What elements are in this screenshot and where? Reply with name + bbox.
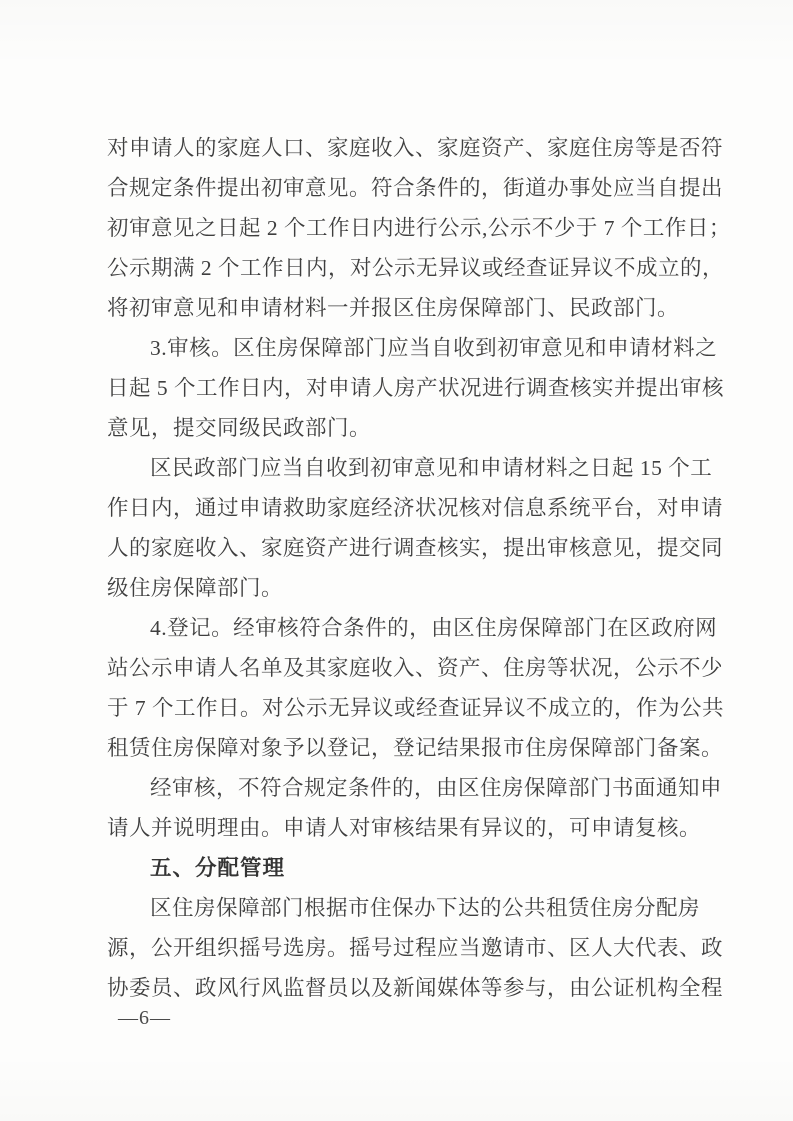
text-line: 人的家庭收入、家庭资产进行调查核实，提出审核意见，提交同 xyxy=(107,528,719,568)
text-line: 区住房保障部门根据市住保办下达的公共租赁住房分配房 xyxy=(107,888,719,928)
text-line: 3.审核。区住房保障部门应当自收到初审意见和申请材料之 xyxy=(107,328,719,368)
text-line: 站公示申请人名单及其家庭收入、资产、住房等状况，公示不少 xyxy=(107,648,719,688)
text-line: 公示期满 2 个工作日内，对公示无异议或经查证异议不成立的， xyxy=(107,248,719,288)
text-line: 五、分配管理 xyxy=(107,848,719,888)
text-line: 4.登记。经审核符合条件的，由区住房保障部门在区政府网 xyxy=(107,608,719,648)
text-line: 日起 5 个工作日内，对申请人房产状况进行调查核实并提出审核 xyxy=(107,368,719,408)
text-line: 经审核，不符合规定条件的，由区住房保障部门书面通知申 xyxy=(107,768,719,808)
text-line: 协委员、政风行风监督员以及新闻媒体等参与，由公证机构全程 xyxy=(107,968,719,1008)
text-line: 对申请人的家庭人口、家庭收入、家庭资产、家庭住房等是否符 xyxy=(107,128,719,168)
paragraph: 3.审核。区住房保障部门应当自收到初审意见和申请材料之日起 5 个工作日内，对申… xyxy=(107,328,719,448)
document-body: 对申请人的家庭人口、家庭收入、家庭资产、家庭住房等是否符合规定条件提出初审意见。… xyxy=(107,128,719,1008)
text-line: 初审意见之日起 2 个工作日内进行公示,公示不少于 7 个工作日； xyxy=(107,208,719,248)
paragraph: 经审核，不符合规定条件的，由区住房保障部门书面通知申请人并说明理由。申请人对审核… xyxy=(107,768,719,848)
text-line: 请人并说明理由。申请人对审核结果有异议的，可申请复核。 xyxy=(107,808,719,848)
paragraph: 4.登记。经审核符合条件的，由区住房保障部门在区政府网站公示申请人名单及其家庭收… xyxy=(107,608,719,768)
paragraph: 区民政部门应当自收到初审意见和申请材料之日起 15 个工作日内，通过申请救助家庭… xyxy=(107,448,719,608)
paragraph: 区住房保障部门根据市住保办下达的公共租赁住房分配房源，公开组织摇号选房。摇号过程… xyxy=(107,888,719,1008)
text-line: 区民政部门应当自收到初审意见和申请材料之日起 15 个工 xyxy=(107,448,719,488)
text-line: 级住房保障部门。 xyxy=(107,568,719,608)
text-line: 作日内，通过申请救助家庭经济状况核对信息系统平台，对申请 xyxy=(107,488,719,528)
text-line: 合规定条件提出初审意见。符合条件的，街道办事处应当自提出 xyxy=(107,168,719,208)
text-line: 于 7 个工作日。对公示无异议或经查证异议不成立的，作为公共 xyxy=(107,688,719,728)
text-line: 租赁住房保障对象予以登记，登记结果报市住房保障部门备案。 xyxy=(107,728,719,768)
page-number: —6— xyxy=(118,998,171,1038)
text-line: 源，公开组织摇号选房。摇号过程应当邀请市、区人大代表、政 xyxy=(107,928,719,968)
section-heading: 五、分配管理 xyxy=(107,848,719,888)
paragraph: 对申请人的家庭人口、家庭收入、家庭资产、家庭住房等是否符合规定条件提出初审意见。… xyxy=(107,128,719,328)
text-line: 意见，提交同级民政部门。 xyxy=(107,408,719,448)
text-line: 将初审意见和申请材料一并报区住房保障部门、民政部门。 xyxy=(107,288,719,328)
document-page: 对申请人的家庭人口、家庭收入、家庭资产、家庭住房等是否符合规定条件提出初审意见。… xyxy=(0,0,793,1121)
